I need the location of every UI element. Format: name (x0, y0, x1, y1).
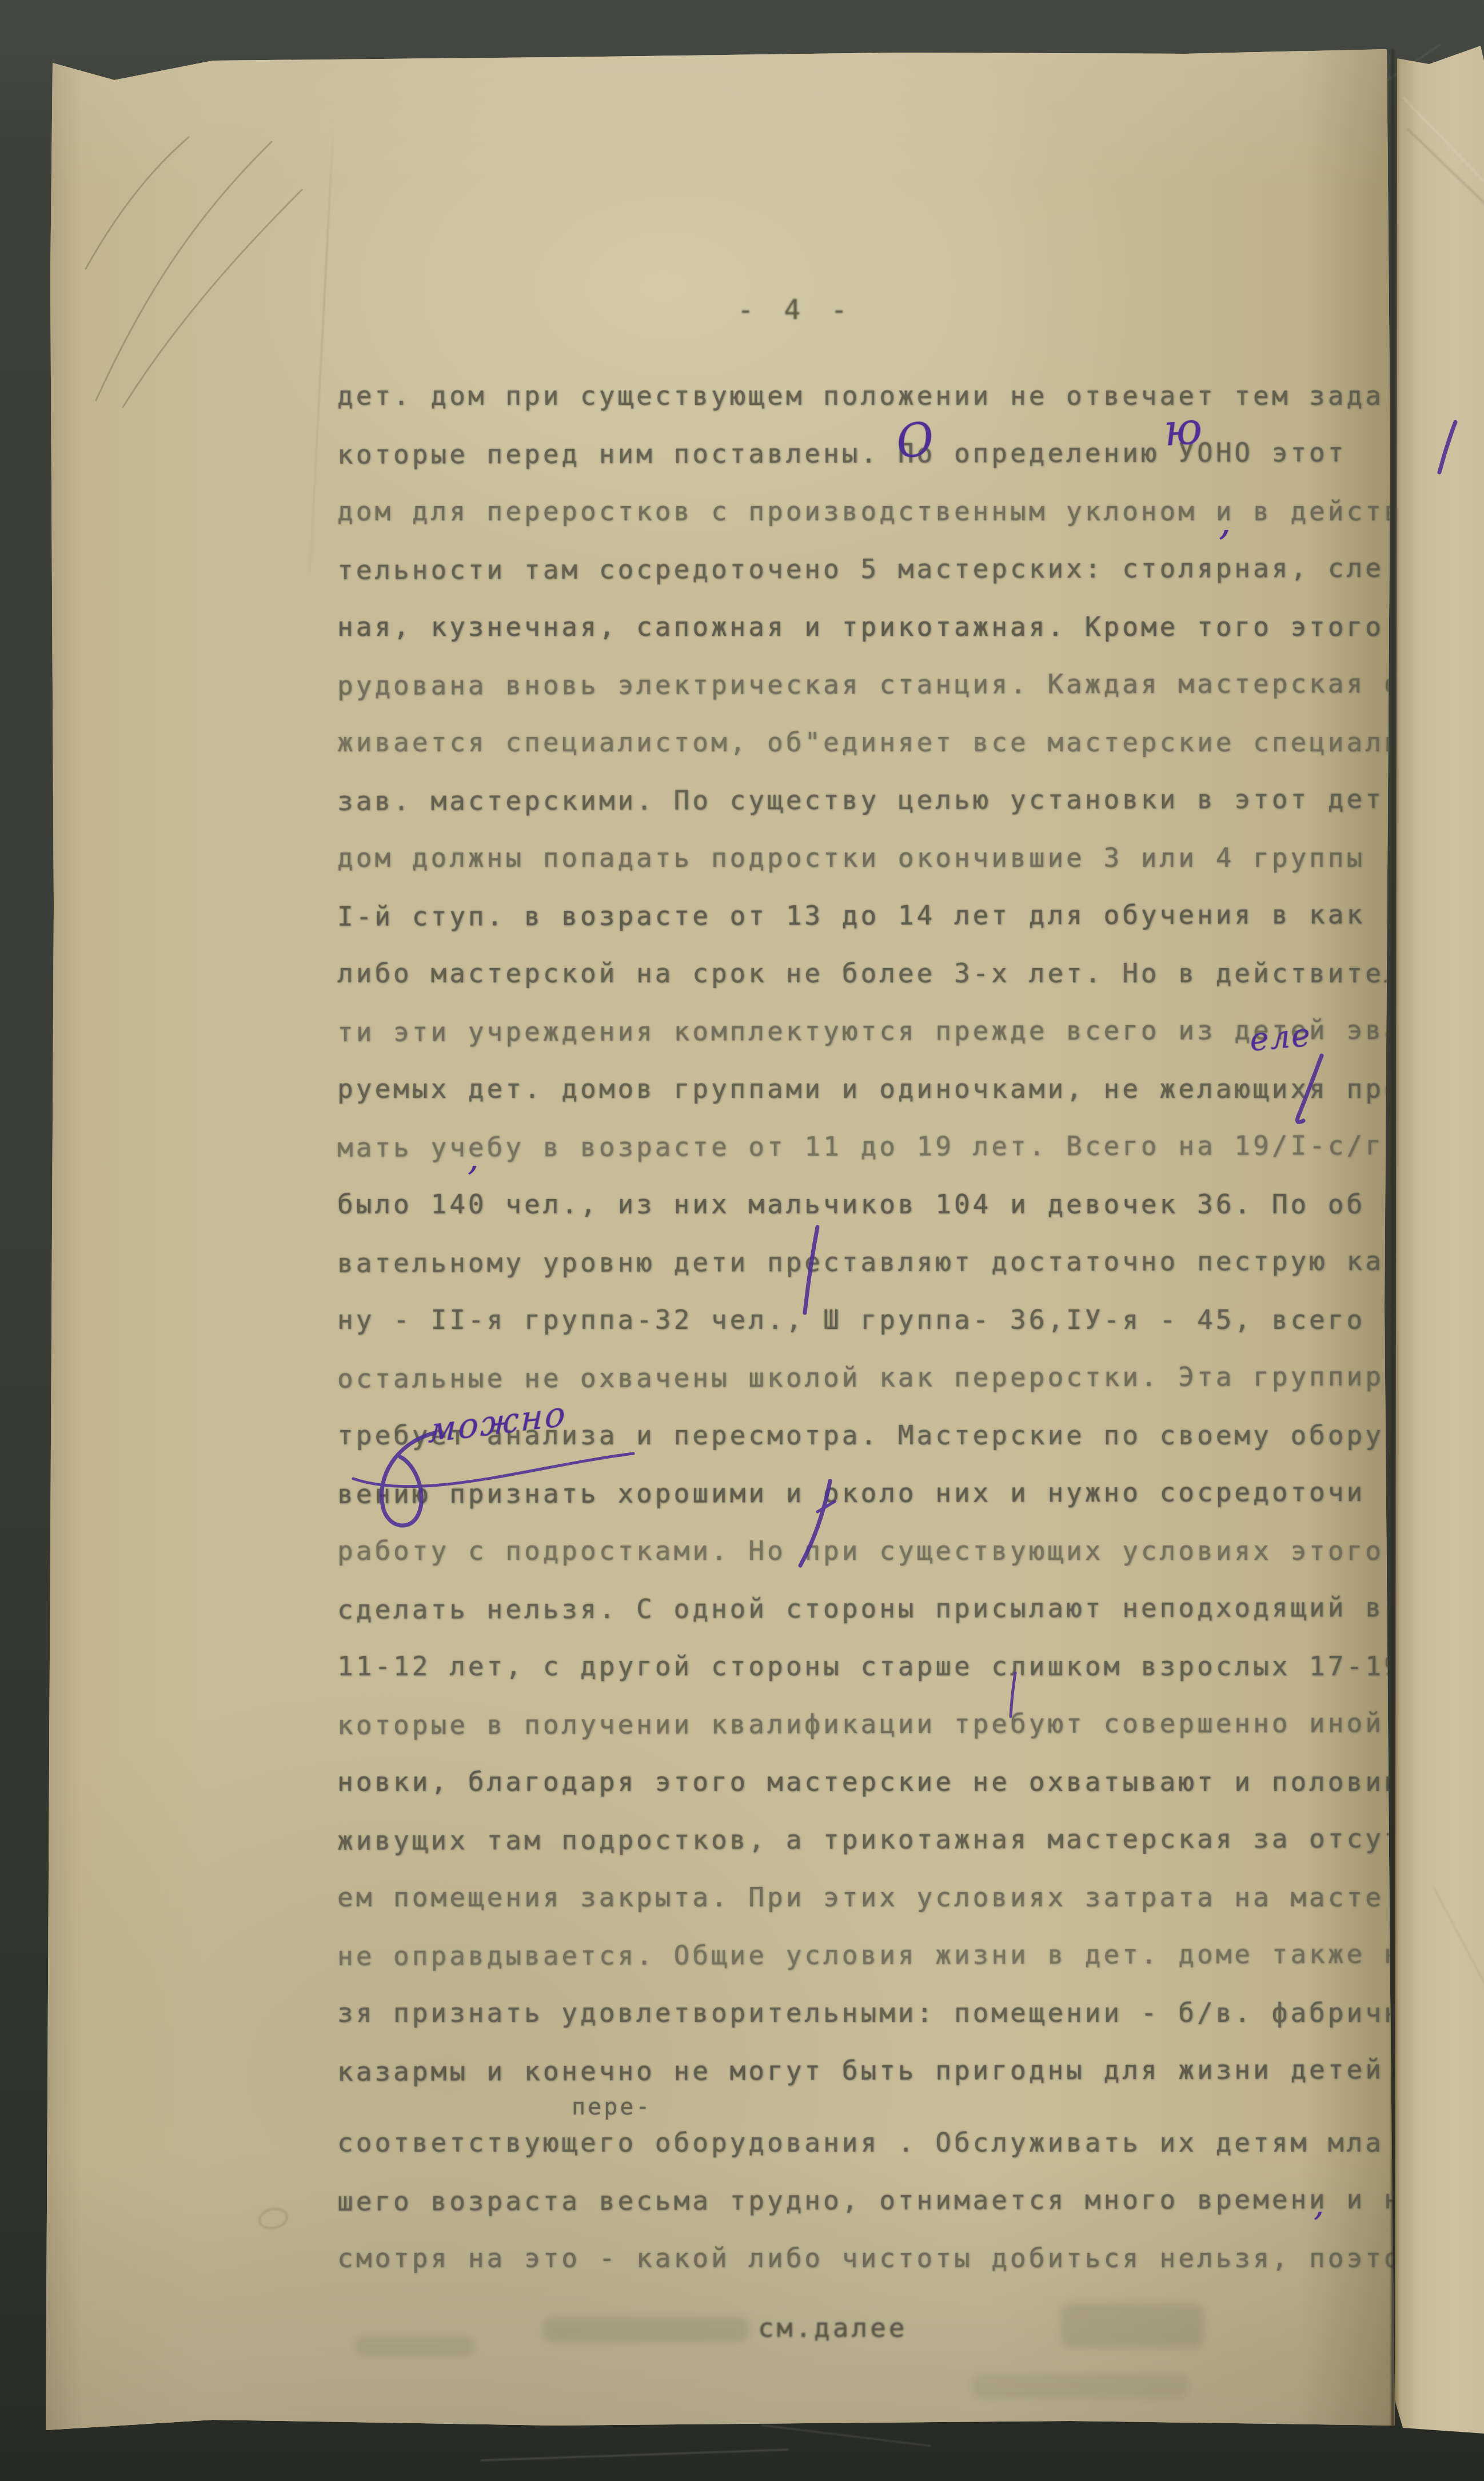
typed-line: дет. дом при существующем положении не о… (337, 379, 1384, 412)
typed-line: 11-12 лет, с другой стороны старше слишк… (337, 1650, 1403, 1683)
typed-line: остальные не охвачены школой как перерос… (337, 1360, 1403, 1395)
typed-line: ти эти учреждения комплектуются прежде в… (337, 1013, 1403, 1049)
typed-line: ем помещения закрыта. При этих условиях … (337, 1881, 1384, 1914)
ink-comma-uchebu: , (468, 1137, 479, 1178)
typed-line: руемых дет. домов группами и одиночками,… (337, 1072, 1403, 1105)
typed-line: новки, благодаря этого мастерские не охв… (337, 1765, 1403, 1798)
ink-note-ele: еле (1248, 1016, 1313, 1058)
adjacent-page-edge (1395, 45, 1484, 2434)
ink-correction-o: О (893, 412, 936, 469)
footer-note: см.далее (758, 2311, 908, 2344)
typed-line: вению признать хорошими и около них и ну… (337, 1475, 1365, 1511)
typed-line: зав. мастерскими. По существу целью уста… (337, 782, 1384, 818)
typed-line: дом для переростков с производственным у… (337, 495, 1421, 528)
typed-line: либо мастерской на срок не более 3-х лет… (337, 957, 1403, 990)
ink-correction-yu: ю (1162, 403, 1204, 456)
typed-line: дом должны попадать подростки окончившие… (337, 841, 1365, 874)
bleed-through-smudge (354, 2336, 474, 2356)
typed-line: которые в получении квалификации требуют… (337, 1706, 1421, 1742)
typed-line: I-й ступ. в возрасте от 13 до 14 лет для… (337, 898, 1365, 933)
bleed-through-smudge (1061, 2303, 1204, 2348)
typed-line: ная, кузнечная, сапожная и трикотажная. … (337, 610, 1421, 643)
typed-line: сделать нельзя. С одной стороны присылаю… (337, 1591, 1384, 1626)
typed-line: тельности там сосредоточено 5 мастерских… (337, 551, 1384, 587)
typed-insert-pere: пере- (572, 2094, 652, 2120)
typed-line: вательному уровню дети преставляют доста… (337, 1244, 1384, 1280)
typed-line: работу с подростками. Но при существующи… (337, 1534, 1384, 1567)
typed-line: ну - II-я группа-32 чел., Ш группа- 36,I… (337, 1303, 1403, 1336)
background-scratch (761, 2424, 931, 2447)
page-fold (1390, 49, 1395, 2428)
typed-line: мать учебу в возрасте от 11 до 19 лет. В… (337, 1129, 1384, 1164)
archival-scan: - 4 - дет. дом при существующем положени… (0, 0, 1484, 2481)
typed-line: рудована вновь электрическая станция. Ка… (337, 667, 1421, 702)
typed-line: зя признать удовлетворительными: помещен… (337, 1996, 1403, 2029)
typed-line: смотря на это - какой либо чистоты добит… (337, 2241, 1421, 2275)
typed-line: не оправдывается. Общие условия жизни в … (337, 1937, 1403, 1973)
crease-line (1407, 128, 1484, 249)
typed-line: живущих там подростков, а трикотажная ма… (337, 1822, 1403, 1857)
bleed-through-smudge (543, 2317, 749, 2342)
background-scratch (480, 2449, 789, 2462)
typed-line: казармы и конечно не могут быть пригодны… (337, 2053, 1421, 2088)
typed-line: соответствующего оборудования . Обслужив… (337, 2126, 1384, 2159)
crease-line (1433, 1887, 1484, 1999)
typed-line: живается специалистом, об"единяет все ма… (337, 726, 1403, 759)
crease-line (1402, 96, 1484, 212)
ink-comma-vremeni: , (1314, 2184, 1324, 2223)
bleed-through-smudge (972, 2374, 1189, 2398)
page-number: - 4 - (704, 294, 887, 326)
typed-line: было 140 чел., из них мальчиков 104 и де… (337, 1188, 1365, 1221)
ink-comma-uklonom: , (1219, 499, 1231, 544)
typed-line: шего возраста весьма трудно, отнимается … (337, 2183, 1403, 2218)
